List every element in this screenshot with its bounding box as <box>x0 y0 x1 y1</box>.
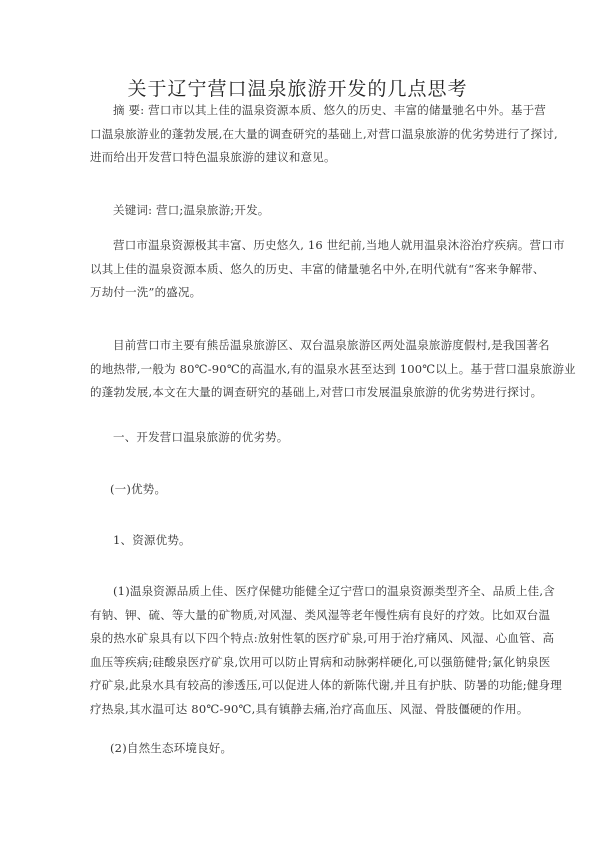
abstract-line: 口温泉旅游业的蓬勃发展,在大量的调查研究的基础上,对营口温泉旅游的优劣势进行了探… <box>67 123 506 147</box>
subsection-heading: (一)优势。 <box>110 478 526 502</box>
second-paragraph: 目前营口市主要有熊岳温泉旅游区、双台温泉旅游区两处温泉旅游度假村,是我国著名 的… <box>90 334 506 405</box>
item-heading: 1、资源优势。 <box>113 529 529 553</box>
second-line: 的蓬勃发展,本文在大量的调查研究的基础上,对营口市发展温泉旅游的优劣势进行探讨。 <box>67 381 506 405</box>
document-page: 关于辽宁营口温泉旅游开发的几点思考 摘 要: 营口市以其上佳的温泉资源本质、悠久… <box>0 0 595 842</box>
section-heading: 一、开发营口温泉旅游的优劣势。 <box>90 426 506 450</box>
resource-line: 泉的热水矿泉具有以下四个特点:放射性氡的医疗矿泉,可用于治疗痛风、风湿、心血管、… <box>67 627 506 651</box>
intro-line: 以其上佳的温泉资源本质、悠久的历史、丰富的储量驰名中外,在明代就有“客来争解带、 <box>67 258 506 282</box>
resource-line: 疗热泉,其水温可达 80℃-90℃,具有镇静去痛,治疗高血压、风湿、骨肢僵硬的作… <box>67 698 506 722</box>
resource-line: 疗矿泉,此泉水具有较高的渗透压,可以促进人体的新陈代谢,并且有护肤、防暑的功能;… <box>67 674 506 698</box>
item2-heading: (2)自然生态环境良好。 <box>110 737 526 761</box>
intro-paragraph: 营口市温泉资源极其丰富、历史悠久, 16 世纪前,当地人就用温泉沐浴治疗疾病。营… <box>90 234 506 305</box>
document-title: 关于辽宁营口温泉旅游开发的几点思考 <box>0 74 595 101</box>
second-line: 目前营口市主要有熊岳温泉旅游区、双台温泉旅游区两处温泉旅游度假村,是我国著名 <box>90 334 506 358</box>
resource-line: 血压等疾病;硅酸泉医疗矿泉,饮用可以防止胃病和动脉粥样硬化,可以强筋健骨;氯化钠… <box>67 651 506 675</box>
abstract-paragraph: 摘 要: 营口市以其上佳的温泉资源本质、悠久的历史、丰富的储量驰名中外。基于营 … <box>90 99 506 170</box>
intro-line: 营口市温泉资源极其丰富、历史悠久, 16 世纪前,当地人就用温泉沐浴治疗疾病。营… <box>90 234 506 258</box>
resource-paragraph: (1)温泉资源品质上佳、医疗保健功能健全辽宁营口的温泉资源类型齐全、品质上佳,含… <box>90 580 506 721</box>
abstract-line: 摘 要: 营口市以其上佳的温泉资源本质、悠久的历史、丰富的储量驰名中外。基于营 <box>90 99 506 123</box>
resource-line: (1)温泉资源品质上佳、医疗保健功能健全辽宁营口的温泉资源类型齐全、品质上佳,含 <box>90 580 506 604</box>
second-line: 的地热带,一般为 80℃-90℃的高温水,有的温泉水甚至达到 100℃以上。基于… <box>67 358 506 382</box>
abstract-line: 进而给出开发营口特色温泉旅游的建议和意见。 <box>67 146 506 170</box>
resource-line: 有钠、钾、硫、等大量的矿物质,对风湿、类风湿等老年慢性病有良好的疗效。比如双台温 <box>67 604 506 628</box>
keywords-line: 关键词: 营口;温泉旅游;开发。 <box>90 199 506 223</box>
intro-line: 万劫付一洗”的盛况。 <box>67 281 506 305</box>
